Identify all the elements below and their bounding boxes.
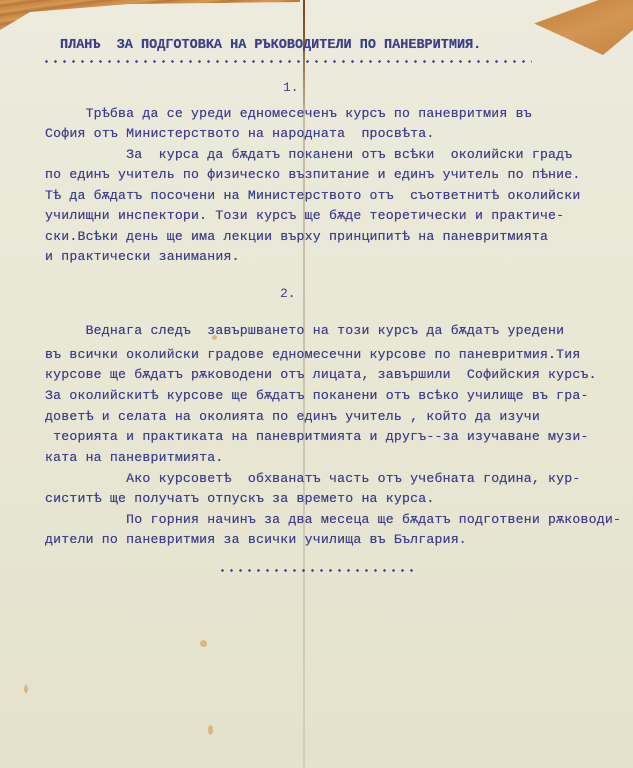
section-2-line: По горния начинъ за два месеца ще бѫдатъ…: [45, 510, 621, 529]
section-number-1: 1.: [283, 80, 299, 95]
section-2-line: доветѣ и селата на околията по единъ учи…: [45, 407, 540, 426]
section-2-line: Ако курсоветѣ обхванатъ часть отъ учебна…: [45, 469, 581, 488]
section-1-line: ски.Всѣки день ще има лекции върху принц…: [45, 227, 548, 246]
document-title: ПЛАНЪ ЗА ПОДГОТОВКА НА РЪКОВОДИТЕЛИ ПО П…: [60, 36, 481, 55]
section-2-line: Веднага следъ завършването на този курсъ…: [45, 321, 564, 340]
section-number-2: 2.: [280, 286, 296, 301]
section-1-line: Трѣбва да се уреди едномесеченъ курсъ по…: [45, 104, 532, 123]
section-1-line: по единъ учитель по физическо възпитание…: [45, 165, 581, 184]
section-1-line: Тѣ да бѫдатъ посочени на Министерството …: [45, 186, 581, 205]
section-1-line: София отъ Министерството на народната пр…: [45, 124, 434, 143]
stain-mark: [24, 685, 28, 693]
stain-mark: [200, 640, 207, 647]
section-2-line: За околийскитѣ курсове ще бѫдатъ поканен…: [45, 386, 589, 405]
section-2-line: ката на паневритмията.: [45, 448, 224, 467]
stain-mark: [208, 725, 213, 735]
section-2-line: теорията и практиката на паневритмията и…: [45, 427, 589, 446]
section-1-line: и практически занимания.: [45, 247, 240, 266]
section-2-line: въ всички околийски градове едномесечни …: [45, 345, 581, 364]
section-2-line: дители по паневритмия за всички училища …: [45, 530, 467, 549]
section-1-line: За курса да бѫдатъ поканени отъ всѣки ок…: [45, 145, 572, 164]
section-2-line: систитѣ ще получатъ отпускъ за времето н…: [45, 489, 434, 508]
closing-dotted-rule: [218, 569, 416, 572]
title-dotted-rule: [42, 60, 532, 63]
section-1-line: училищни инспектори. Този курсъ ще бѫде …: [45, 206, 564, 225]
section-2-line: курсове ще бѫдатъ рѫководени отъ лицата,…: [45, 365, 597, 384]
